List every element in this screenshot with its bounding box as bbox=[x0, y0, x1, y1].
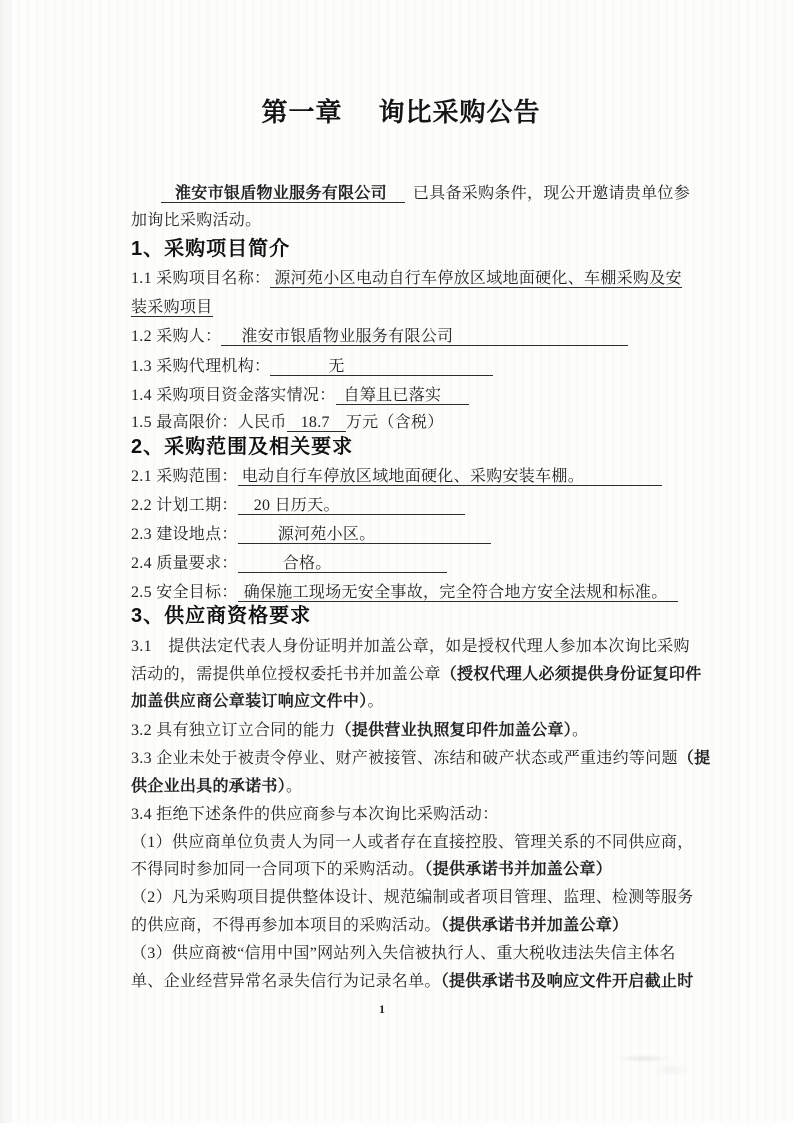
sub-1-line-2-text: 不得同时参加同一合同项下的采购活动。 bbox=[131, 861, 424, 878]
item-2-4: 2.4 质量要求：合格。 bbox=[131, 549, 671, 578]
item-3-3-line-1: 3.3 企业未处于被责令停业、财产被接管、冻结和破产状态或严重违约等问题（提 bbox=[131, 745, 671, 773]
item-3-4: 3.4 拒绝下述条件的供应商参与本次询比采购活动： bbox=[131, 801, 671, 829]
item-2-4-value: 合格。 bbox=[238, 555, 447, 573]
item-3-2-end: 。 bbox=[572, 722, 588, 739]
item-1-1-value-1: 源河苑小区电动自行车停放区域地面硬化、车棚采购及安 bbox=[270, 270, 682, 288]
sub-1-line-2-bold: （提供承诺书并加盖公章） bbox=[424, 861, 612, 878]
item-2-3-label: 2.3 建设地点： bbox=[131, 526, 238, 543]
item-2-1-value: 电动自行车停放区域地面硬化、采购安装车棚。 bbox=[238, 468, 662, 486]
chapter-number: 第一章 bbox=[261, 98, 342, 127]
item-1-1-value-2: 装采购项目 bbox=[131, 299, 213, 317]
item-2-2-value: 20 日历天。 bbox=[238, 497, 465, 515]
item-1-1-line-2: 装采购项目 bbox=[131, 293, 671, 322]
item-3-2-bold: （提供营业执照复印件加盖公章） bbox=[336, 722, 573, 739]
sub-2-line-2-text: 的供应商，不得再参加本项目的采购活动。 bbox=[131, 917, 441, 934]
item-3-1-line-1: 3.1 提供法定代表人身份证明并加盖公章，如是授权代理人参加本次询比采购 bbox=[131, 633, 671, 661]
intro-line-1: 淮安市银盾物业服务有限公司已具备采购条件，现公开邀请贵单位参 bbox=[131, 180, 671, 207]
item-2-1-label: 2.1 采购范围： bbox=[131, 468, 238, 485]
item-1-4-label: 1.4 采购项目资金落实情况： bbox=[131, 387, 336, 404]
item-3-3-line-2-bold: 供企业出具的承诺书） bbox=[131, 778, 286, 795]
item-1-2-label: 1.2 采购人： bbox=[131, 328, 221, 345]
item-2-3: 2.3 建设地点：源河苑小区。 bbox=[131, 520, 671, 549]
chapter-name: 询比采购公告 bbox=[379, 98, 541, 127]
item-1-1-line-1: 1.1 采购项目名称：源河苑小区电动自行车停放区域地面硬化、车棚采购及安 bbox=[131, 264, 671, 293]
item-2-2: 2.2 计划工期：20 日历天。 bbox=[131, 491, 671, 520]
document-content: 第一章询比采购公告 淮安市银盾物业服务有限公司已具备采购条件，现公开邀请贵单位参… bbox=[131, 95, 671, 996]
item-1-2: 1.2 采购人：淮安市银盾物业服务有限公司 bbox=[131, 322, 671, 352]
scanned-document-page: 第一章询比采购公告 淮安市银盾物业服务有限公司已具备采购条件，现公开邀请贵单位参… bbox=[0, 0, 793, 1123]
sub-2-line-2-bold: （提供承诺书并加盖公章） bbox=[441, 917, 629, 934]
item-3-2-text: 3.2 具有独立订立合同的能力 bbox=[131, 722, 336, 739]
item-3-4-sub-3-line-2: 单、企业经营异常名录失信行为记录名单。（提供承诺书及响应文件开启截止时 bbox=[131, 968, 671, 996]
item-3-1-line-3-bold: 加盖供应商公章装订响应文件中） bbox=[131, 693, 368, 710]
item-3-1-line-2-bold: （授权代理人必须提供身份证复印件 bbox=[441, 666, 702, 683]
intro-text: 已具备采购条件，现公开邀请贵单位参 bbox=[413, 185, 690, 202]
item-3-1-line-2-text: 活动的，需提供单位授权委托书并加盖公章 bbox=[131, 666, 441, 683]
item-3-4-sub-2-line-2: 的供应商，不得再参加本项目的采购活动。（提供承诺书并加盖公章） bbox=[131, 912, 671, 940]
item-1-5-label-pre: 1.5 最高限价：人民币 bbox=[131, 414, 287, 431]
item-1-3-label: 1.3 采购代理机构： bbox=[131, 358, 270, 375]
item-3-4-sub-1-line-1: （1）供应商单位负责人为同一人或者存在直接控股、管理关系的不同供应商， bbox=[131, 829, 671, 857]
item-3-2: 3.2 具有独立订立合同的能力（提供营业执照复印件加盖公章）。 bbox=[131, 716, 671, 745]
item-3-4-sub-3-line-1: （3）供应商被“信用中国”网站列入失信被执行人、重大税收违法失信主体名 bbox=[131, 940, 671, 968]
chapter-title: 第一章询比采购公告 bbox=[131, 95, 671, 131]
item-3-3-line-1-text: 3.3 企业未处于被责令停业、财产被接管、冻结和破产状态或严重违约等问题 bbox=[131, 750, 678, 767]
item-1-2-value: 淮安市银盾物业服务有限公司 bbox=[221, 328, 628, 346]
item-3-1-line-3: 加盖供应商公章装订响应文件中）。 bbox=[131, 688, 671, 716]
item-2-5-value: 确保施工现场无安全事故，完全符合地方安全法规和标准。 bbox=[238, 584, 678, 602]
item-2-2-label: 2.2 计划工期： bbox=[131, 497, 238, 514]
intro-line-2: 加询比采购活动。 bbox=[131, 207, 671, 234]
item-1-4: 1.4 采购项目资金落实情况：自筹且已落实 bbox=[131, 382, 671, 409]
item-3-1-line-2: 活动的，需提供单位授权委托书并加盖公章（授权代理人必须提供身份证复印件 bbox=[131, 661, 671, 689]
item-2-5-label: 2.5 安全目标： bbox=[131, 584, 238, 601]
sub-3-line-2-bold: （提供承诺书及响应文件开启截止时 bbox=[441, 973, 694, 990]
item-2-1: 2.1 采购范围：电动自行车停放区域地面硬化、采购安装车棚。 bbox=[131, 462, 671, 491]
section-1-heading: 1、采购项目简介 bbox=[131, 234, 671, 264]
item-3-3-line-1-bold: （提 bbox=[678, 750, 711, 767]
section-2-heading: 2、采购范围及相关要求 bbox=[131, 432, 671, 462]
sub-3-line-2-text: 单、企业经营异常名录失信行为记录名单。 bbox=[131, 973, 441, 990]
item-1-1-label: 1.1 采购项目名称： bbox=[131, 270, 270, 287]
item-2-3-value: 源河苑小区。 bbox=[238, 526, 491, 544]
faint-scan-artifact bbox=[616, 1052, 708, 1078]
item-2-4-label: 2.4 质量要求： bbox=[131, 555, 238, 572]
page-number: 1 bbox=[379, 1002, 385, 1017]
purchaser-company-name: 淮安市银盾物业服务有限公司 bbox=[161, 185, 405, 203]
item-3-3-line-2: 供企业出具的承诺书）。 bbox=[131, 773, 671, 801]
item-3-3-line-2-end: 。 bbox=[286, 778, 302, 795]
item-1-3: 1.3 采购代理机构：无 bbox=[131, 352, 671, 382]
item-1-3-value: 无 bbox=[270, 358, 492, 376]
item-1-5-label-post: 万元（含税） bbox=[346, 414, 444, 431]
item-1-5-value: 18.7 bbox=[287, 414, 346, 432]
item-3-4-sub-1-line-2: 不得同时参加同一合同项下的采购活动。（提供承诺书并加盖公章） bbox=[131, 856, 671, 884]
item-3-1-line-3-end: 。 bbox=[368, 693, 384, 710]
item-1-4-value: 自筹且已落实 bbox=[336, 387, 470, 405]
item-3-4-sub-2-line-1: （2）凡为采购项目提供整体设计、规范编制或者项目管理、监理、检测等服务 bbox=[131, 884, 671, 912]
